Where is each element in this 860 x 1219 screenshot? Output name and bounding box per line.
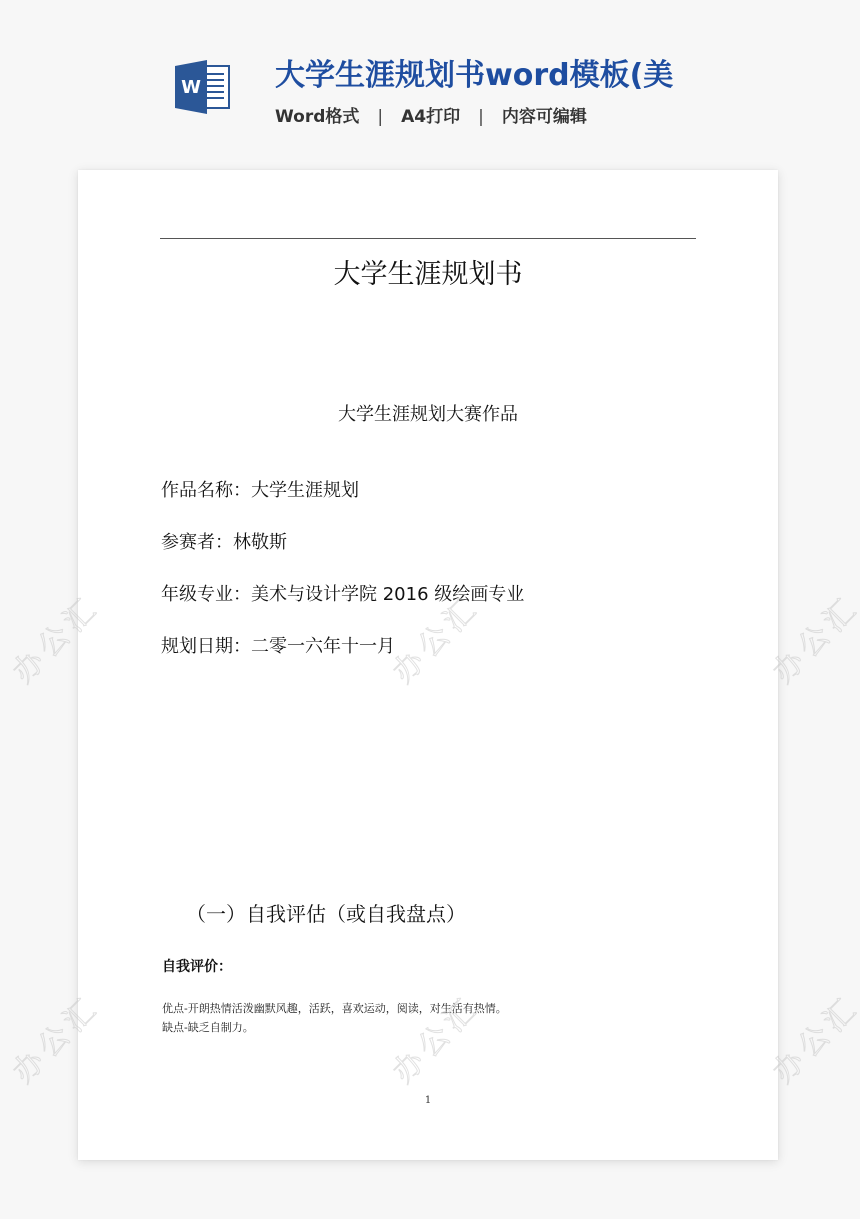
field-value: 林敬斯 — [233, 532, 287, 553]
weaknesses-line: 缺点-缺乏自制力。 — [162, 1019, 254, 1035]
header-rule — [160, 238, 696, 239]
page-number: 1 — [78, 1095, 778, 1106]
field-participant: 参赛者：林敬斯 — [161, 528, 287, 554]
field-grade-major: 年级专业：美术与设计学院 2016 级绘画专业 — [161, 580, 524, 606]
feature-editable: 内容可编辑 — [502, 107, 587, 127]
word-document-icon: W — [175, 60, 231, 114]
feature-a4-print: A4打印 — [401, 107, 460, 127]
svg-text:W: W — [181, 77, 201, 98]
field-work-name: 作品名称：大学生涯规划 — [161, 476, 359, 502]
field-label: 年级专业： — [161, 584, 251, 605]
field-value: 美术与设计学院 2016 级绘画专业 — [251, 584, 524, 605]
template-title: 大学生涯规划书word模板(美 — [275, 50, 673, 94]
document-title: 大学生涯规划书 — [78, 252, 778, 291]
field-plan-date: 规划日期：二零一六年十一月 — [161, 632, 395, 658]
feature-word-format: Word格式 — [275, 107, 359, 127]
separator: | — [377, 107, 383, 127]
strengths-line: 优点-开朗热情活泼幽默风趣，活跃，喜欢运动，阅读，对生活有热情。 — [162, 1000, 507, 1016]
header: W 大学生涯规划书word模板(美 Word格式|A4打印|内容可编辑 — [0, 0, 860, 160]
feature-list: Word格式|A4打印|内容可编辑 — [275, 102, 587, 127]
document-page: 大学生涯规划书 大学生涯规划大赛作品 作品名称：大学生涯规划 参赛者：林敬斯 年… — [78, 170, 778, 1160]
field-label: 规划日期： — [161, 636, 251, 657]
contest-line: 大学生涯规划大赛作品 — [78, 400, 778, 426]
field-label: 参赛者： — [161, 532, 233, 553]
field-label: 作品名称： — [161, 480, 251, 501]
field-value: 大学生涯规划 — [251, 480, 359, 501]
separator: | — [478, 107, 484, 127]
section-heading: （一）自我评估（或自我盘点） — [186, 898, 466, 927]
field-value: 二零一六年十一月 — [251, 636, 395, 657]
subheading-self-evaluation: 自我评价： — [162, 956, 232, 976]
